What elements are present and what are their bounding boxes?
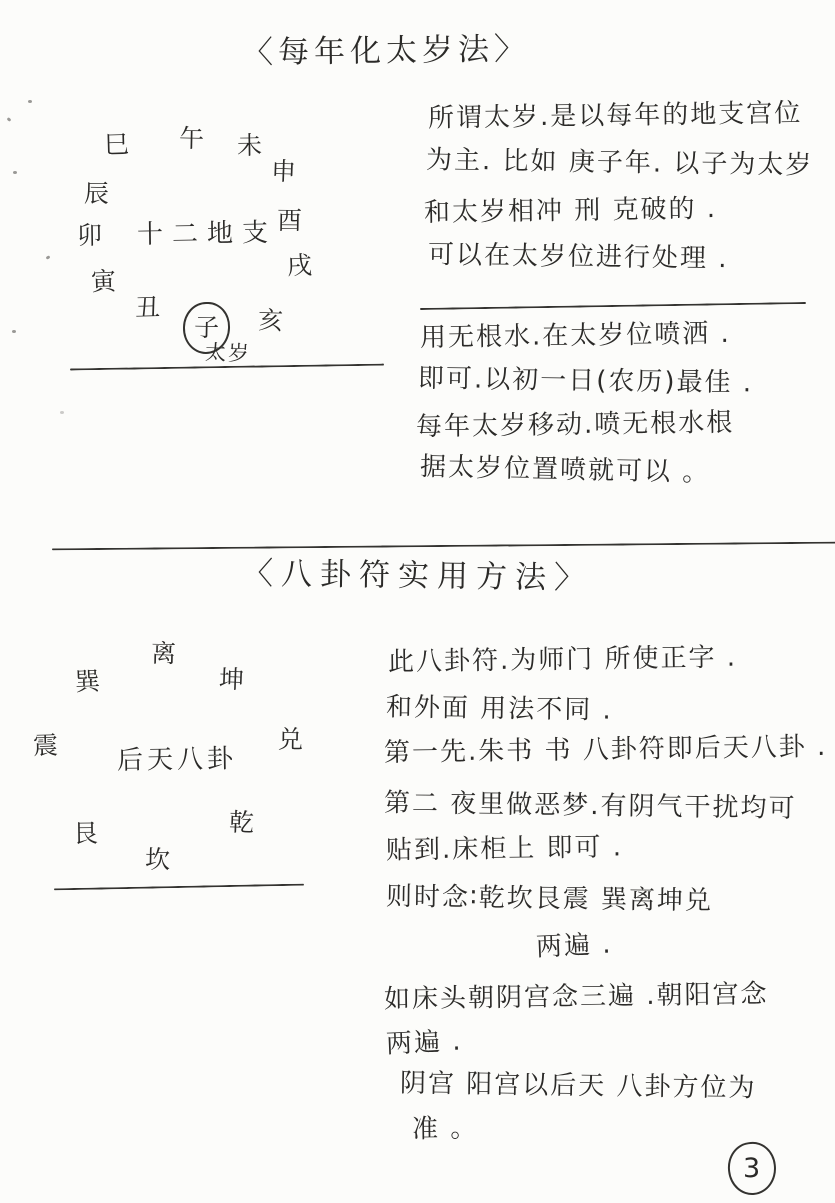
handwritten-line: 两遍 .	[385, 1026, 463, 1060]
handwritten-line: 据太岁位置喷就可以 。	[420, 452, 711, 489]
section2-title: 〈八卦符实用方法〉	[242, 556, 593, 598]
trigram-xun: 巽	[74, 666, 100, 697]
handwritten-line: 每年太岁移动.喷无根水根	[416, 408, 735, 444]
section1-title: 〈每年化太岁法〉	[242, 31, 530, 72]
trigram-kun: 坤	[218, 665, 244, 696]
handwritten-line: 和外面 用法不同 .	[386, 692, 613, 726]
trigram-zhen: 震	[33, 731, 59, 762]
handwritten-line: 和太岁相冲 刑 克破的 .	[424, 194, 717, 229]
branch-xu: 戌	[286, 250, 312, 281]
branch-zi: 子	[194, 313, 220, 344]
handwritten-line: 第一先.朱书 书 八卦符即后天八卦 .	[384, 732, 828, 769]
branch-chen: 辰	[84, 179, 110, 210]
ink-speck	[7, 117, 12, 122]
page-divider-line	[52, 542, 835, 551]
trigram-qian: 乾	[228, 808, 254, 839]
branch-you: 酉	[277, 206, 302, 236]
page-number-circle: 3	[725, 1140, 778, 1198]
handwritten-line: 可以在太岁位进行处理 .	[428, 240, 729, 275]
handwritten-line: 阴宫 阳宫以后天 八卦方位为	[400, 1069, 757, 1105]
handwritten-line: 如床头朝阴宫念三遍 .朝阳宫念	[384, 979, 769, 1016]
branch-chou: 丑	[135, 293, 161, 324]
handwritten-line: 用无根水.在太岁位喷洒 .	[420, 319, 731, 355]
section1-divider-line	[420, 302, 806, 310]
trigram-li: 离	[151, 639, 177, 670]
handwritten-line: 即可.以初一日(农历)最佳 .	[418, 364, 753, 400]
ink-speck	[46, 255, 51, 260]
ink-speck	[60, 411, 64, 414]
diagram2-center-label: 后天八卦	[117, 744, 237, 777]
branch-shen: 申	[270, 157, 296, 188]
handwritten-line: 准 。	[412, 1114, 479, 1146]
branch-hai: 亥	[257, 306, 283, 337]
handwritten-notes-page: 〈每年化太岁法〉 巳 午 未 申 酉 戌 亥 子 丑 寅 卯 辰 十二地支 太岁…	[0, 0, 835, 1203]
branch-wu: 午	[179, 124, 205, 155]
handwritten-line: 则时念∶乾坎艮震 巽离坤兑	[386, 882, 713, 918]
branch-si: 巳	[104, 130, 130, 161]
trigram-gen: 艮	[73, 819, 98, 849]
ink-speck	[13, 171, 17, 174]
branch-mao: 卯	[77, 221, 102, 251]
diagram2-underline	[54, 884, 304, 891]
branch-yin: 寅	[90, 266, 116, 297]
handwritten-line: 此八卦符.为师门 所使正字 .	[388, 643, 737, 679]
handwritten-line: 贴到.床柜上 即可 .	[386, 832, 623, 866]
handwritten-line: 为主. 比如 庚子年. 以子为太岁	[426, 145, 814, 182]
handwritten-line: 两遍 .	[535, 929, 613, 963]
ink-speck	[12, 330, 16, 333]
diagram1-center-label: 十二地支	[137, 218, 277, 251]
trigram-kan: 坎	[145, 845, 171, 876]
handwritten-line: 第二 夜里做恶梦.有阴气干扰均可	[384, 788, 797, 825]
branch-wei: 未	[237, 131, 262, 161]
ink-speck	[28, 100, 32, 103]
trigram-dui: 兑	[278, 725, 303, 755]
handwritten-line: 所谓太岁.是以每年的地支宫位	[428, 98, 803, 134]
taisui-label: 太岁	[205, 340, 252, 367]
page-number: 3	[743, 1153, 760, 1184]
